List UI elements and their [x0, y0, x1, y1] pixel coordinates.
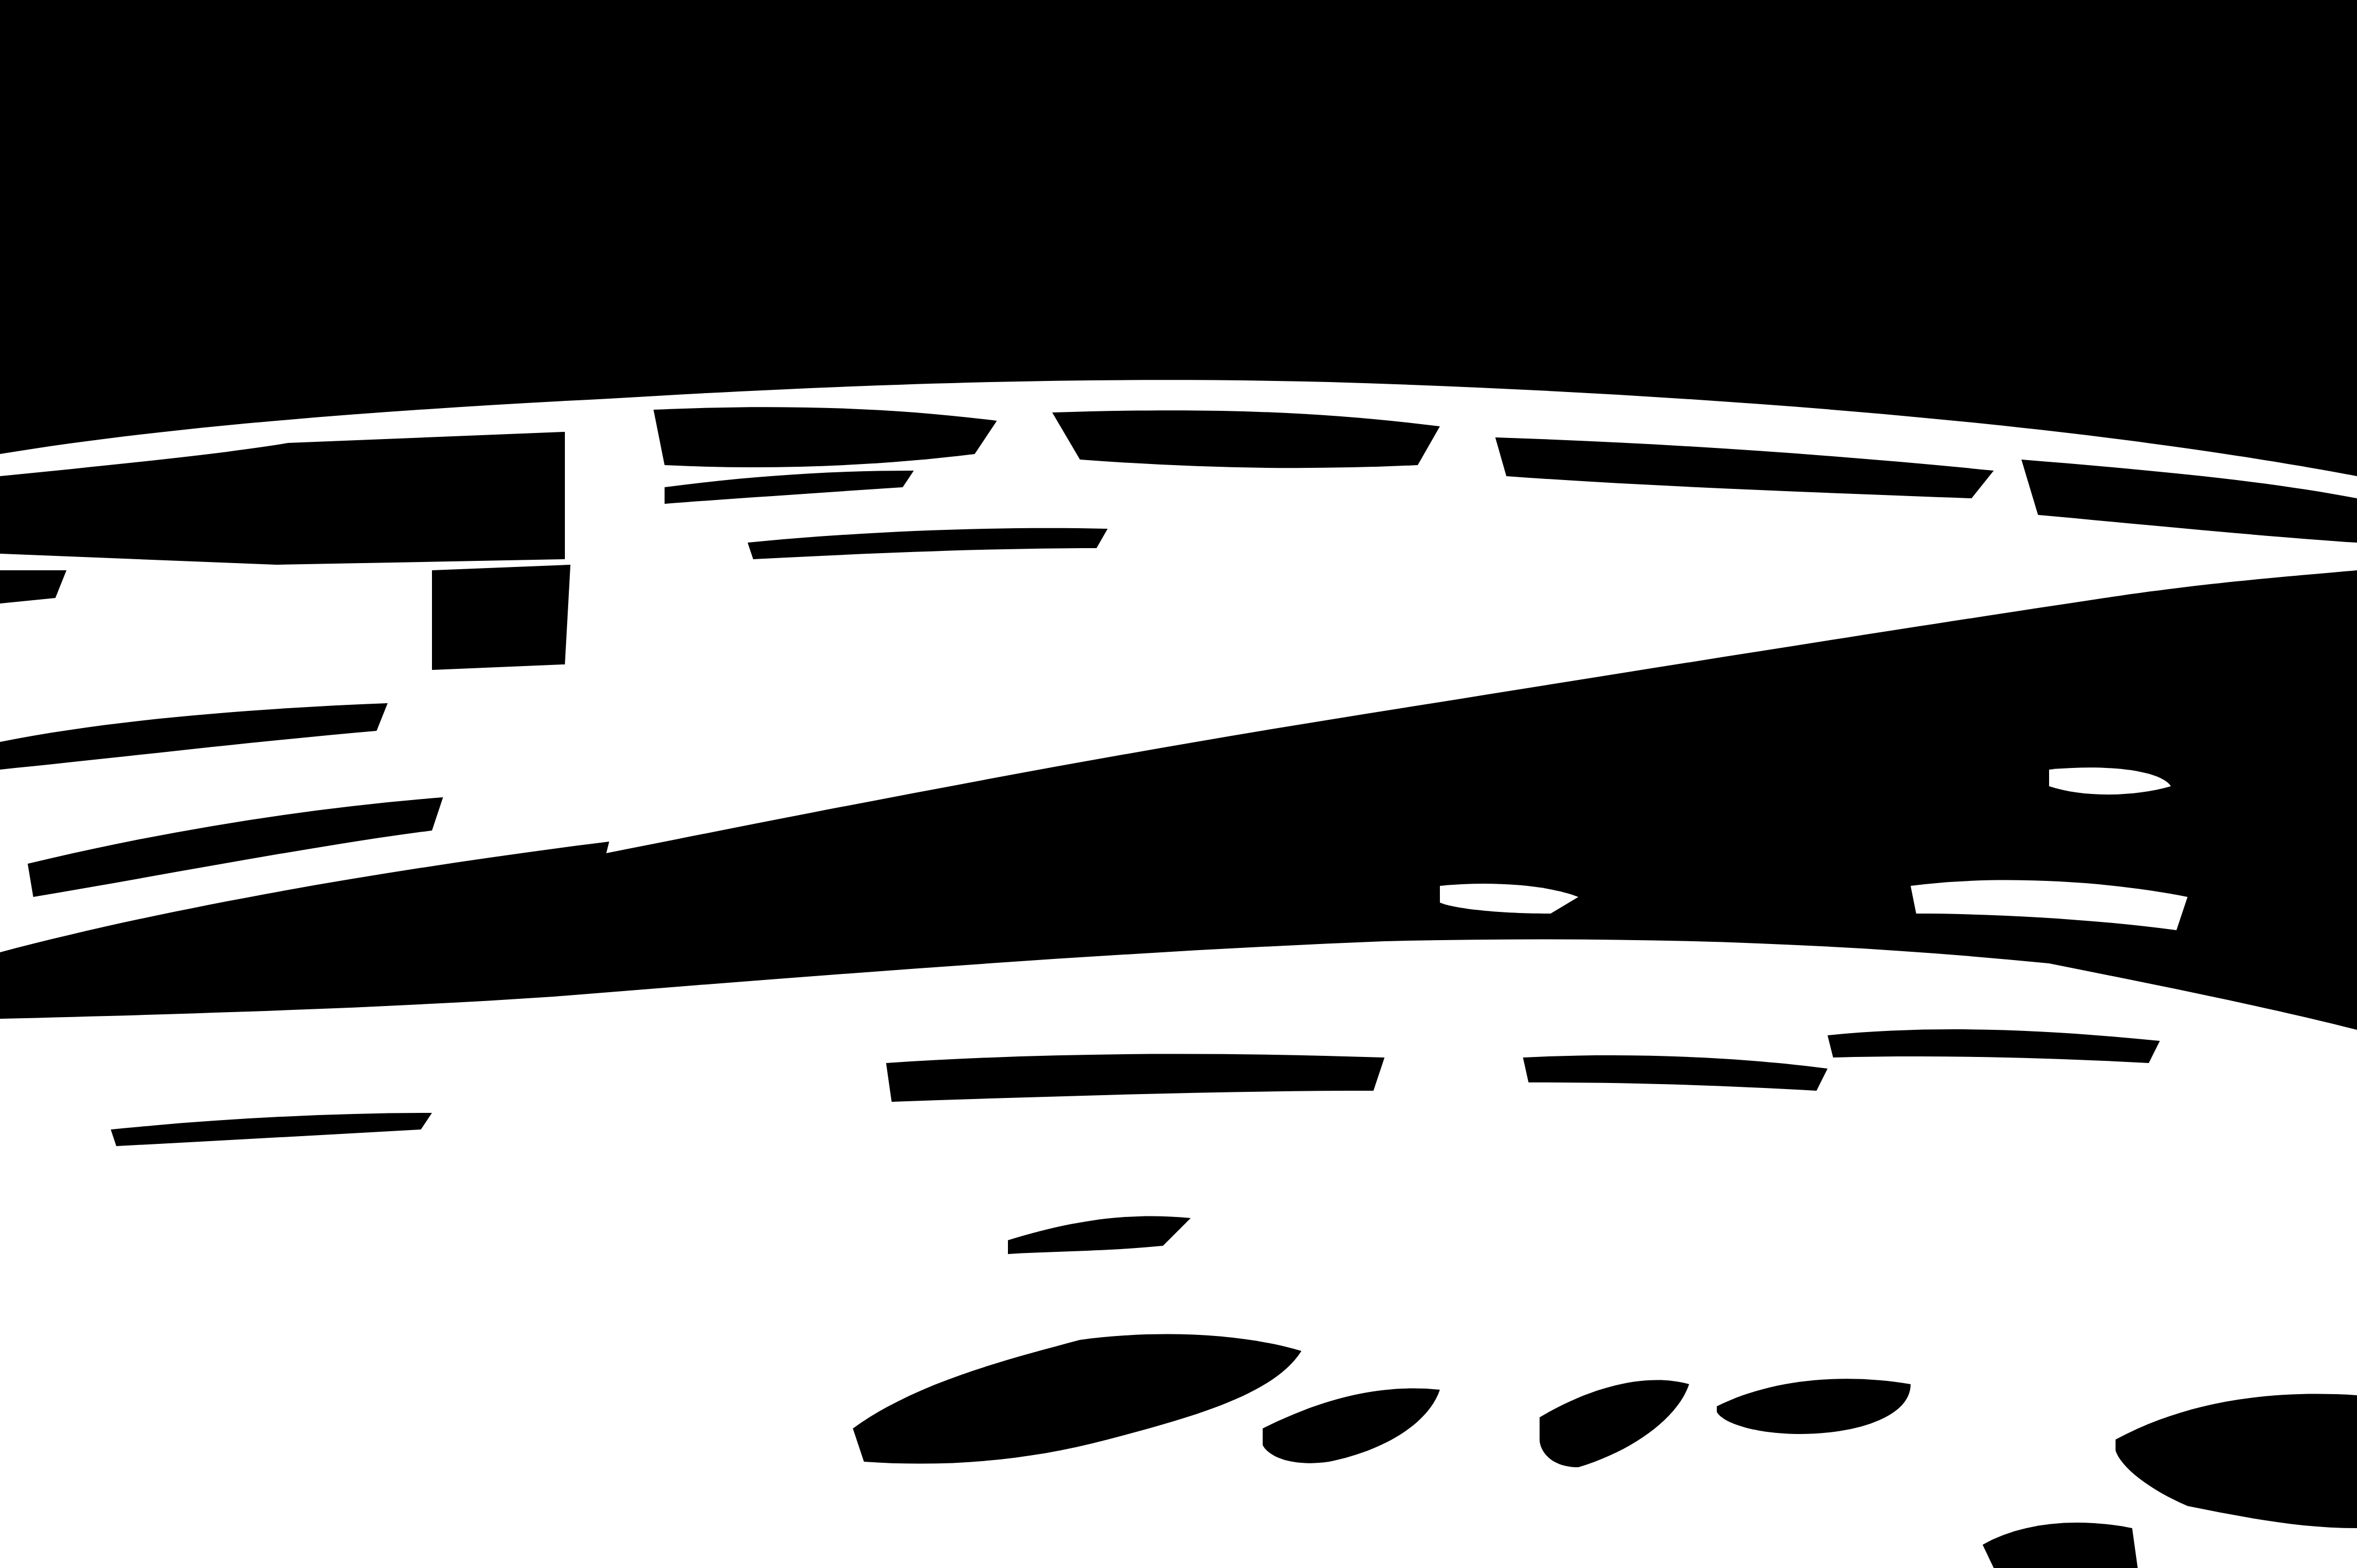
earth-horizon-scene [0, 0, 2357, 1568]
